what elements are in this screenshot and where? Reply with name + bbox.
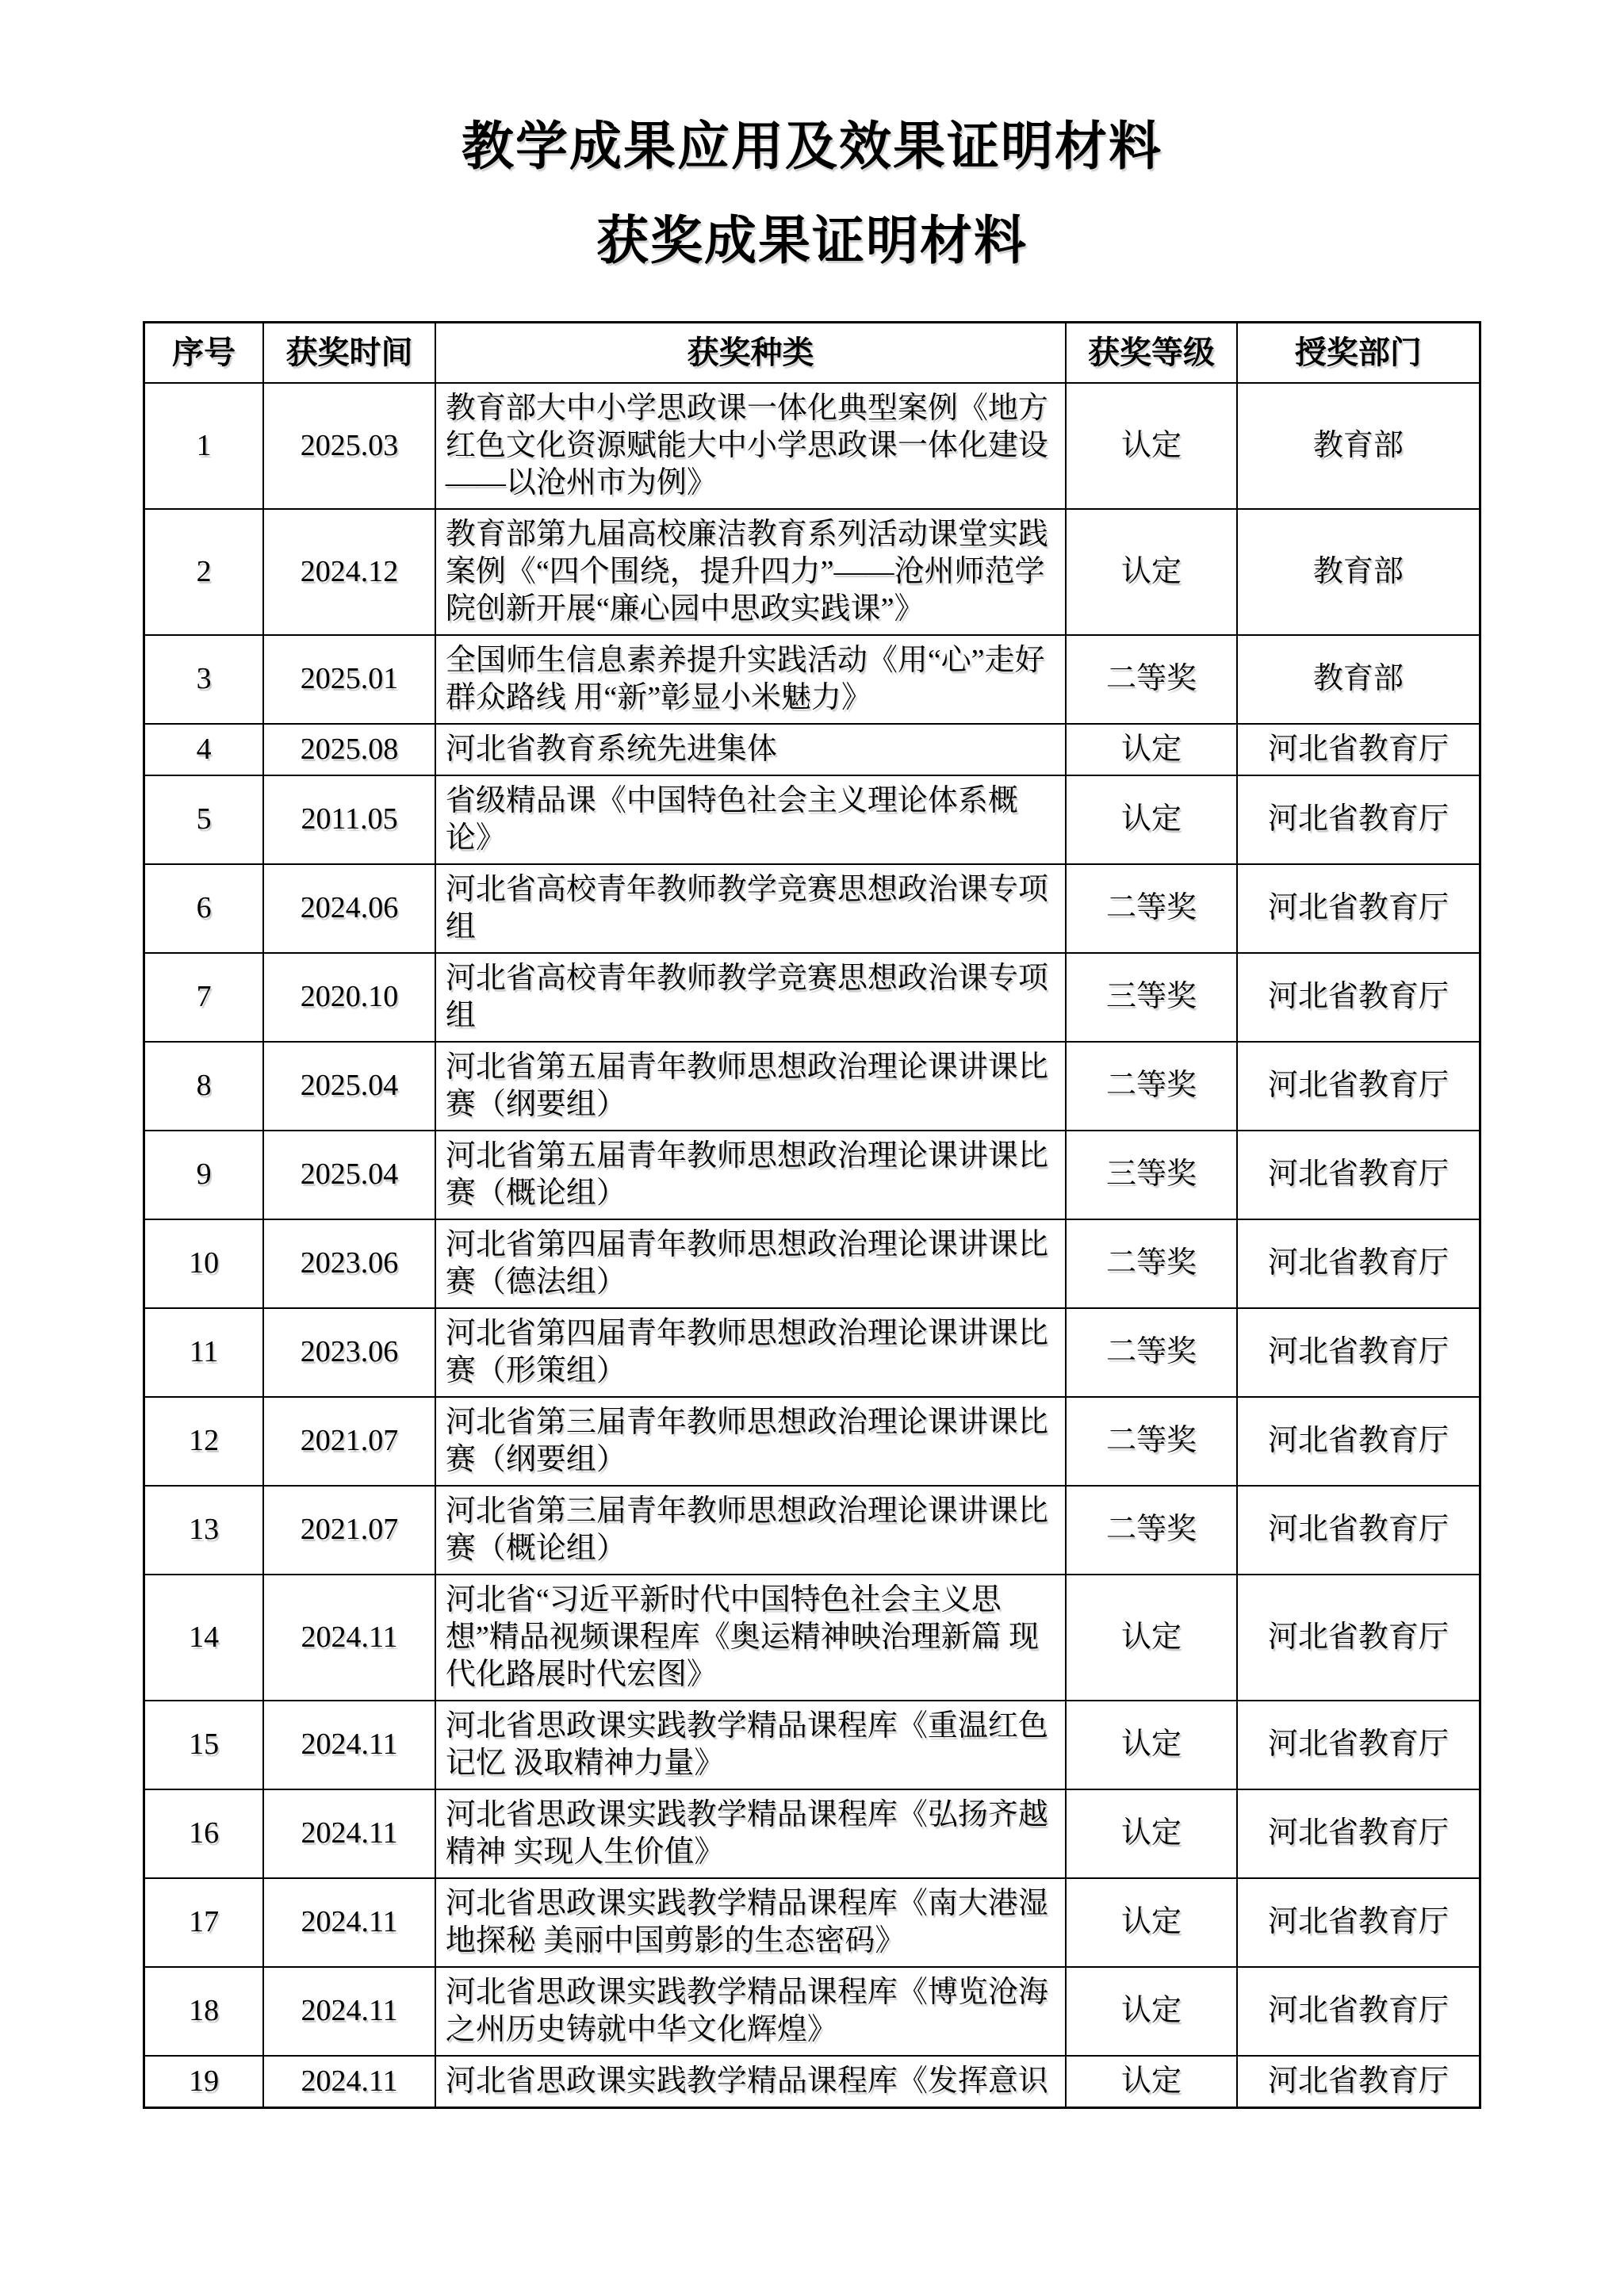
cell-award-level: 认定 (1066, 1789, 1237, 1878)
table-row: 9 2025.04 河北省第五届青年教师思想政治理论课讲课比赛（概论组） 三等奖… (144, 1131, 1480, 1219)
cell-awarding-department: 河北省教育厅 (1237, 1789, 1480, 1878)
cell-awarding-department: 河北省教育厅 (1237, 1308, 1480, 1397)
cell-award-level: 认定 (1066, 724, 1237, 775)
cell-award-level: 认定 (1066, 1701, 1237, 1789)
awards-table-body: 1 2025.03 教育部大中小学思政课一体化典型案例《地方红色文化资源赋能大中… (144, 383, 1480, 2108)
cell-award-category: 河北省思政课实践教学精品课程库《博览沧海之州历史铸就中华文化辉煌》 (435, 1967, 1066, 2056)
document-title-line1: 教学成果应用及效果证明材料 (0, 119, 1624, 174)
cell-awarding-department: 河北省教育厅 (1237, 775, 1480, 864)
cell-award-category: 河北省第三届青年教师思想政治理论课讲课比赛（概论组） (435, 1486, 1066, 1575)
cell-award-date: 2024.11 (263, 1575, 435, 1701)
cell-serial-number: 16 (144, 1789, 264, 1878)
cell-award-category: 省级精品课《中国特色社会主义理论体系概论》 (435, 775, 1066, 864)
cell-serial-number: 18 (144, 1967, 264, 2056)
table-row: 11 2023.06 河北省第四届青年教师思想政治理论课讲课比赛（形策组） 二等… (144, 1308, 1480, 1397)
cell-serial-number: 10 (144, 1219, 264, 1308)
cell-award-category: 河北省第四届青年教师思想政治理论课讲课比赛（形策组） (435, 1308, 1066, 1397)
cell-award-date: 2024.06 (263, 864, 435, 953)
table-row: 19 2024.11 河北省思政课实践教学精品课程库《发挥意识 认定 河北省教育… (144, 2056, 1480, 2108)
cell-awarding-department: 河北省教育厅 (1237, 2056, 1480, 2108)
cell-award-level: 三等奖 (1066, 1131, 1237, 1219)
cell-award-date: 2021.07 (263, 1486, 435, 1575)
cell-serial-number: 19 (144, 2056, 264, 2108)
table-row: 1 2025.03 教育部大中小学思政课一体化典型案例《地方红色文化资源赋能大中… (144, 383, 1480, 509)
column-header-awarding-department: 授奖部门 (1237, 322, 1480, 383)
header-row: 序号 获奖时间 获奖种类 获奖等级 授奖部门 (144, 322, 1480, 383)
cell-award-level: 二等奖 (1066, 635, 1237, 724)
cell-award-date: 2023.06 (263, 1219, 435, 1308)
cell-serial-number: 5 (144, 775, 264, 864)
column-header-award-level: 获奖等级 (1066, 322, 1237, 383)
cell-awarding-department: 河北省教育厅 (1237, 724, 1480, 775)
cell-serial-number: 1 (144, 383, 264, 509)
cell-award-date: 2024.11 (263, 2056, 435, 2108)
cell-serial-number: 9 (144, 1131, 264, 1219)
table-row: 13 2021.07 河北省第三届青年教师思想政治理论课讲课比赛（概论组） 二等… (144, 1486, 1480, 1575)
cell-awarding-department: 河北省教育厅 (1237, 1575, 1480, 1701)
cell-awarding-department: 河北省教育厅 (1237, 1701, 1480, 1789)
document-page: 教学成果应用及效果证明材料 获奖成果证明材料 序号 获奖时间 获奖种类 获奖等级… (0, 0, 1624, 2296)
table-row: 14 2024.11 河北省“习近平新时代中国特色社会主义思想”精品视频课程库《… (144, 1575, 1480, 1701)
cell-award-category: 河北省思政课实践教学精品课程库《重温红色记忆 汲取精神力量》 (435, 1701, 1066, 1789)
cell-awarding-department: 河北省教育厅 (1237, 1967, 1480, 2056)
cell-award-category: 河北省第五届青年教师思想政治理论课讲课比赛（概论组） (435, 1131, 1066, 1219)
cell-award-level: 二等奖 (1066, 1042, 1237, 1131)
cell-serial-number: 7 (144, 953, 264, 1042)
cell-award-level: 二等奖 (1066, 1486, 1237, 1575)
table-row: 2 2024.12 教育部第九届高校廉洁教育系列活动课堂实践案例《“四个围绕，提… (144, 509, 1480, 635)
cell-award-category: 河北省思政课实践教学精品课程库《弘扬齐越精神 实现人生价值》 (435, 1789, 1066, 1878)
cell-award-date: 2023.06 (263, 1308, 435, 1397)
cell-awarding-department: 河北省教育厅 (1237, 1219, 1480, 1308)
table-row: 18 2024.11 河北省思政课实践教学精品课程库《博览沧海之州历史铸就中华文… (144, 1967, 1480, 2056)
cell-award-level: 认定 (1066, 775, 1237, 864)
table-row: 17 2024.11 河北省思政课实践教学精品课程库《南大港湿地探秘 美丽中国剪… (144, 1878, 1480, 1967)
cell-award-level: 认定 (1066, 1575, 1237, 1701)
cell-award-level: 认定 (1066, 383, 1237, 509)
cell-award-level: 二等奖 (1066, 1308, 1237, 1397)
cell-serial-number: 6 (144, 864, 264, 953)
table-row: 15 2024.11 河北省思政课实践教学精品课程库《重温红色记忆 汲取精神力量… (144, 1701, 1480, 1789)
document-header: 教学成果应用及效果证明材料 获奖成果证明材料 (0, 0, 1624, 269)
cell-awarding-department: 教育部 (1237, 509, 1480, 635)
table-row: 8 2025.04 河北省第五届青年教师思想政治理论课讲课比赛（纲要组） 二等奖… (144, 1042, 1480, 1131)
cell-award-level: 二等奖 (1066, 1219, 1237, 1308)
cell-award-level: 认定 (1066, 1967, 1237, 2056)
cell-award-date: 2025.08 (263, 724, 435, 775)
cell-award-category: 河北省高校青年教师教学竞赛思想政治课专项组 (435, 953, 1066, 1042)
cell-award-date: 2025.01 (263, 635, 435, 724)
cell-awarding-department: 河北省教育厅 (1237, 1042, 1480, 1131)
cell-award-category: 教育部大中小学思政课一体化典型案例《地方红色文化资源赋能大中小学思政课一体化建设… (435, 383, 1066, 509)
table-row: 3 2025.01 全国师生信息素养提升实践活动《用“心”走好群众路线 用“新”… (144, 635, 1480, 724)
cell-award-date: 2020.10 (263, 953, 435, 1042)
cell-award-date: 2021.07 (263, 1397, 435, 1486)
cell-award-date: 2011.05 (263, 775, 435, 864)
table-row: 4 2025.08 河北省教育系统先进集体 认定 河北省教育厅 (144, 724, 1480, 775)
cell-award-category: 河北省“习近平新时代中国特色社会主义思想”精品视频课程库《奥运精神映治理新篇 现… (435, 1575, 1066, 1701)
column-header-award-category: 获奖种类 (435, 322, 1066, 383)
cell-award-level: 认定 (1066, 2056, 1237, 2108)
cell-award-category: 河北省高校青年教师教学竞赛思想政治课专项组 (435, 864, 1066, 953)
cell-awarding-department: 河北省教育厅 (1237, 1397, 1480, 1486)
cell-awarding-department: 河北省教育厅 (1237, 953, 1480, 1042)
table-row: 7 2020.10 河北省高校青年教师教学竞赛思想政治课专项组 三等奖 河北省教… (144, 953, 1480, 1042)
cell-awarding-department: 河北省教育厅 (1237, 864, 1480, 953)
cell-serial-number: 8 (144, 1042, 264, 1131)
cell-award-date: 2025.04 (263, 1131, 435, 1219)
cell-awarding-department: 河北省教育厅 (1237, 1486, 1480, 1575)
table-row: 6 2024.06 河北省高校青年教师教学竞赛思想政治课专项组 二等奖 河北省教… (144, 864, 1480, 953)
cell-awarding-department: 河北省教育厅 (1237, 1878, 1480, 1967)
cell-award-level: 认定 (1066, 509, 1237, 635)
cell-award-category: 河北省第五届青年教师思想政治理论课讲课比赛（纲要组） (435, 1042, 1066, 1131)
cell-award-level: 二等奖 (1066, 1397, 1237, 1486)
cell-serial-number: 4 (144, 724, 264, 775)
cell-award-date: 2024.11 (263, 1967, 435, 2056)
cell-serial-number: 11 (144, 1308, 264, 1397)
awards-table: 序号 获奖时间 获奖种类 获奖等级 授奖部门 1 2025.03 教育部大中小学… (143, 321, 1481, 2109)
cell-serial-number: 13 (144, 1486, 264, 1575)
cell-award-category: 河北省第四届青年教师思想政治理论课讲课比赛（德法组） (435, 1219, 1066, 1308)
cell-awarding-department: 河北省教育厅 (1237, 1131, 1480, 1219)
cell-serial-number: 14 (144, 1575, 264, 1701)
cell-award-date: 2025.03 (263, 383, 435, 509)
cell-award-level: 三等奖 (1066, 953, 1237, 1042)
cell-award-level: 二等奖 (1066, 864, 1237, 953)
column-header-serial-number: 序号 (144, 322, 264, 383)
cell-award-category: 河北省第三届青年教师思想政治理论课讲课比赛（纲要组） (435, 1397, 1066, 1486)
cell-award-date: 2024.11 (263, 1701, 435, 1789)
cell-award-date: 2024.11 (263, 1789, 435, 1878)
cell-award-category: 全国师生信息素养提升实践活动《用“心”走好群众路线 用“新”彰显小米魅力》 (435, 635, 1066, 724)
column-header-award-date: 获奖时间 (263, 322, 435, 383)
cell-serial-number: 15 (144, 1701, 264, 1789)
cell-awarding-department: 教育部 (1237, 635, 1480, 724)
cell-serial-number: 2 (144, 509, 264, 635)
cell-award-category: 河北省思政课实践教学精品课程库《发挥意识 (435, 2056, 1066, 2108)
cell-serial-number: 3 (144, 635, 264, 724)
table-row: 5 2011.05 省级精品课《中国特色社会主义理论体系概论》 认定 河北省教育… (144, 775, 1480, 864)
cell-award-category: 河北省教育系统先进集体 (435, 724, 1066, 775)
cell-award-category: 河北省思政课实践教学精品课程库《南大港湿地探秘 美丽中国剪影的生态密码》 (435, 1878, 1066, 1967)
cell-serial-number: 12 (144, 1397, 264, 1486)
cell-award-date: 2024.11 (263, 1878, 435, 1967)
cell-award-level: 认定 (1066, 1878, 1237, 1967)
table-row: 16 2024.11 河北省思政课实践教学精品课程库《弘扬齐越精神 实现人生价值… (144, 1789, 1480, 1878)
document-title-line2: 获奖成果证明材料 (0, 213, 1624, 268)
cell-award-date: 2025.04 (263, 1042, 435, 1131)
table-row: 10 2023.06 河北省第四届青年教师思想政治理论课讲课比赛（德法组） 二等… (144, 1219, 1480, 1308)
cell-serial-number: 17 (144, 1878, 264, 1967)
cell-awarding-department: 教育部 (1237, 383, 1480, 509)
table-row: 12 2021.07 河北省第三届青年教师思想政治理论课讲课比赛（纲要组） 二等… (144, 1397, 1480, 1486)
cell-award-date: 2024.12 (263, 509, 435, 635)
cell-award-category: 教育部第九届高校廉洁教育系列活动课堂实践案例《“四个围绕，提升四力”——沧州师范… (435, 509, 1066, 635)
awards-table-header: 序号 获奖时间 获奖种类 获奖等级 授奖部门 (144, 322, 1480, 383)
